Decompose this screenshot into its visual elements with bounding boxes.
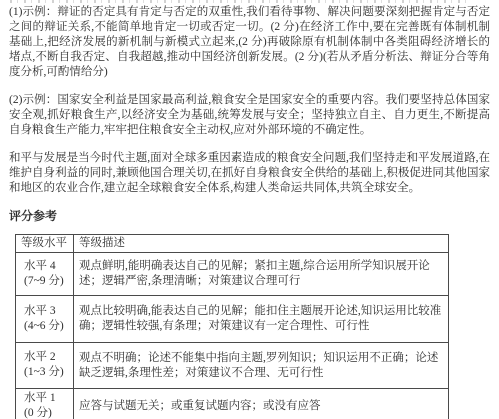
- level2-description: 观点不明确；论述不能集中指向主题,罗列知识；知识运用不正确；论述缺乏逻辑,条理性…: [74, 343, 449, 389]
- level4-name: 水平 4: [24, 259, 65, 274]
- level3-score-range: (4~6 分): [24, 319, 65, 334]
- scoring-reference-heading: 评分参考: [9, 209, 490, 224]
- rubric-row-level4: 水平 4 (7~9 分) 观点鲜明,能明确表达自己的见解；紧扣主题,综合运用所学…: [16, 253, 449, 296]
- scoring-rubric-table: 等级水平 等级描述 水平 4 (7~9 分) 观点鲜明,能明确表达自己的见解；紧…: [15, 234, 449, 419]
- rubric-row-level3: 水平 3 (4~6 分) 观点比较明确,能表达自己的见解；能扣住主题展开论述,知…: [16, 296, 449, 343]
- level4-score-range: (7~9 分): [24, 274, 65, 289]
- level1-name: 水平 1: [24, 391, 65, 406]
- level1-label-cell: 水平 1 (0 分): [21, 390, 68, 419]
- level3-name: 水平 3: [24, 304, 65, 319]
- level2-score-range: (1~3 分): [24, 365, 65, 380]
- answer-paragraph-2: (2)示例：国家安全利益是国家最高利益,粮食安全是国家安全的重要内容。我们要坚持…: [9, 93, 490, 138]
- level4-label-cell: 水平 4 (7~9 分): [21, 258, 68, 291]
- level1-description: 应答与试题无关；或重复试题内容；或没有应答: [74, 389, 449, 419]
- level1-score-range: (0 分): [24, 406, 65, 419]
- level3-description: 观点比较明确,能表达自己的见解；能扣住主题展开论述,知识运用比较准确；逻辑性较强…: [74, 296, 449, 343]
- clipped-previous-line: [10, 0, 472, 3]
- level4-description: 观点鲜明,能明确表达自己的见解；紧扣主题,综合运用所学知识展开论述；逻辑严密,条…: [74, 253, 449, 296]
- rubric-row-level2: 水平 2 (1~3 分) 观点不明确；论述不能集中指向主题,罗列知识；知识运用不…: [16, 343, 449, 389]
- rubric-header-row: 等级水平 等级描述: [16, 235, 449, 253]
- answer-paragraph-3: 和平与发展是当今时代主题,面对全球多重因素造成的粮食安全问题,我们坚持走和平发展…: [9, 151, 490, 196]
- level2-name: 水平 2: [24, 350, 65, 365]
- level2-label-cell: 水平 2 (1~3 分): [21, 349, 68, 382]
- rubric-header-level: 等级水平: [16, 235, 74, 253]
- answer-key-document: (1)示例：辩证的否定具有肯定与否定的双重性,我们看待事物、解决问题要深刻把握肯…: [0, 0, 499, 419]
- answer-paragraph-1: (1)示例：辩证的否定具有肯定与否定的双重性,我们看待事物、解决问题要深刻把握肯…: [9, 5, 490, 80]
- rubric-row-level1: 水平 1 (0 分) 应答与试题无关；或重复试题内容；或没有应答: [16, 389, 449, 419]
- rubric-header-description: 等级描述: [74, 235, 449, 253]
- level3-label-cell: 水平 3 (4~6 分): [21, 303, 68, 336]
